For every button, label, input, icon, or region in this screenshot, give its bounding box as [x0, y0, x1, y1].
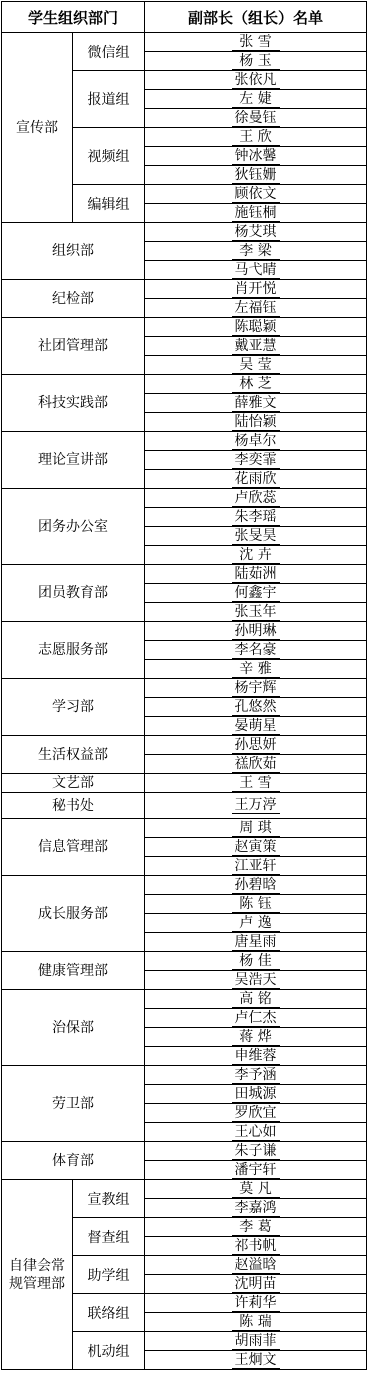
member-name: 朱子谦 [232, 1143, 280, 1160]
table-row: 成长服务部孙碧晗 [2, 876, 367, 895]
member-name: 朱李瑶 [232, 509, 280, 526]
member-name-cell: 徐曼钰 [145, 109, 367, 128]
member-name: 吴浩天 [232, 972, 280, 989]
member-name-cell: 张玉年 [145, 603, 367, 622]
member-name: 李予涵 [232, 1067, 280, 1084]
member-name: 陆怡颖 [232, 414, 280, 431]
member-name: 潘宇轩 [232, 1162, 280, 1179]
member-name: 花雨欣 [232, 471, 280, 488]
header-names: 副部长（组长）名单 [145, 2, 367, 33]
member-name-cell: 肖开悦 [145, 280, 367, 299]
member-name-cell: 辛 雅 [145, 660, 367, 679]
member-name: 蒋 烨 [232, 1029, 280, 1046]
member-name-cell: 杨 玉 [145, 52, 367, 71]
member-name: 沈 卉 [232, 547, 280, 564]
table-row: 学习部杨宇辉 [2, 679, 367, 698]
member-name-cell: 卢 逸 [145, 914, 367, 933]
department-name: 社团管理部 [2, 318, 145, 375]
member-name-cell: 江亚轩 [145, 857, 367, 876]
roster-body: 宣传部微信组张 雪杨 玉报道组张依凡左 婕徐曼钰视频组王 欣钟冰馨狄钰姗编辑组顾… [2, 33, 367, 1370]
department-name: 纪检部 [2, 280, 145, 318]
department-name: 组织部 [2, 223, 145, 280]
member-name: 张依凡 [232, 72, 280, 89]
department-name: 信息管理部 [2, 819, 145, 876]
table-row: 组织部杨艾琪 [2, 223, 367, 242]
member-name: 孙碧晗 [232, 877, 280, 894]
member-name: 左 婕 [232, 91, 280, 108]
member-name: 王 雪 [232, 775, 280, 792]
table-row: 自律会常规管理部宣教组莫 凡 [2, 1180, 367, 1199]
member-name: 薛雅文 [232, 395, 280, 412]
member-name: 杨艾琪 [232, 224, 280, 241]
member-name: 杨 佳 [232, 953, 280, 970]
member-name-cell: 张依凡 [145, 71, 367, 90]
member-name-cell: 李予涵 [145, 1066, 367, 1085]
member-name: 林 芝 [232, 376, 280, 393]
member-name-cell: 卢仁杰 [145, 1009, 367, 1028]
member-name: 禚欣茹 [232, 756, 280, 773]
member-name: 赵寅策 [232, 839, 280, 856]
member-name-cell: 陆茹洲 [145, 565, 367, 584]
member-name: 王 欣 [232, 129, 280, 146]
member-name-cell: 赵寅策 [145, 838, 367, 857]
member-name-cell: 孙明琳 [145, 622, 367, 641]
member-name: 王心如 [232, 1124, 280, 1141]
member-name-cell: 陈聪颖 [145, 318, 367, 337]
group-name: 微信组 [73, 33, 145, 71]
table-row: 健康管理部杨 佳 [2, 952, 367, 971]
member-name-cell: 狄钰姗 [145, 166, 367, 185]
member-name-cell: 祁书帆 [145, 1237, 367, 1256]
member-name: 高 铭 [232, 991, 280, 1008]
member-name: 孙思妍 [232, 737, 280, 754]
table-row: 团务办公室卢欣蕊 [2, 489, 367, 508]
member-name: 申维蓉 [232, 1048, 280, 1065]
member-name: 张 雪 [232, 34, 280, 51]
member-name-cell: 花雨欣 [145, 470, 367, 489]
member-name: 田城源 [232, 1086, 280, 1103]
department-name: 劳卫部 [2, 1066, 145, 1142]
member-name-cell: 左福钰 [145, 299, 367, 318]
member-name-cell: 林 芝 [145, 375, 367, 394]
member-name-cell: 胡雨菲 [145, 1332, 367, 1351]
table-row: 科技实践部林 芝 [2, 375, 367, 394]
table-row: 文艺部王 雪 [2, 774, 367, 793]
member-name-cell: 沈明苗 [145, 1275, 367, 1294]
department-name: 团员教育部 [2, 565, 145, 622]
member-name: 晏萌星 [232, 718, 280, 735]
member-name-cell: 李嘉鸿 [145, 1199, 367, 1218]
member-name-cell: 周 琪 [145, 819, 367, 838]
table-row: 治保部高 铭 [2, 990, 367, 1009]
member-name: 沈明苗 [232, 1276, 280, 1293]
member-name-cell: 钟冰馨 [145, 147, 367, 166]
member-name-cell: 杨艾琪 [145, 223, 367, 242]
group-name: 联络组 [73, 1294, 145, 1332]
department-name: 自律会常规管理部 [2, 1180, 73, 1370]
member-name-cell: 禚欣茹 [145, 755, 367, 774]
member-name: 狄钰姗 [232, 167, 280, 184]
member-name-cell: 潘宇轩 [145, 1161, 367, 1180]
member-name-cell: 张旻昊 [145, 527, 367, 546]
department-name: 秘书处 [2, 793, 145, 819]
member-name: 李奕霏 [232, 452, 280, 469]
member-name: 陈聪颖 [232, 319, 280, 336]
member-name: 马弋晴 [232, 262, 280, 279]
department-name: 团务办公室 [2, 489, 145, 565]
member-name-cell: 王 雪 [145, 774, 367, 793]
member-name: 顾依文 [232, 186, 280, 203]
table-row: 团员教育部陆茹洲 [2, 565, 367, 584]
group-name: 督查组 [73, 1218, 145, 1256]
member-name-cell: 李奕霏 [145, 451, 367, 470]
member-name-cell: 吴 莹 [145, 356, 367, 375]
department-name: 学习部 [2, 679, 145, 736]
table-row: 理论宣讲部杨卓尔 [2, 432, 367, 451]
member-name: 莫 凡 [232, 1181, 280, 1198]
member-name: 杨 玉 [232, 53, 280, 70]
member-name-cell: 许莉华 [145, 1294, 367, 1313]
department-name: 科技实践部 [2, 375, 145, 432]
member-name-cell: 李 葛 [145, 1218, 367, 1237]
table-row: 社团管理部陈聪颖 [2, 318, 367, 337]
group-name: 报道组 [73, 71, 145, 128]
member-name: 吴 莹 [232, 357, 280, 374]
member-name: 辛 雅 [232, 661, 280, 678]
member-name-cell: 唐星雨 [145, 933, 367, 952]
member-name-cell: 田城源 [145, 1085, 367, 1104]
department-name: 体育部 [2, 1142, 145, 1180]
department-name: 宣传部 [2, 33, 73, 223]
member-name: 卢仁杰 [232, 1010, 280, 1027]
member-name-cell: 左 婕 [145, 90, 367, 109]
table-row: 劳卫部李予涵 [2, 1066, 367, 1085]
table-row: 志愿服务部孙明琳 [2, 622, 367, 641]
table-row: 体育部朱子谦 [2, 1142, 367, 1161]
department-name: 治保部 [2, 990, 145, 1066]
member-name-cell: 戴亚慧 [145, 337, 367, 356]
member-name-cell: 李名豪 [145, 641, 367, 660]
member-name-cell: 莫 凡 [145, 1180, 367, 1199]
member-name-cell: 杨卓尔 [145, 432, 367, 451]
member-name: 何鑫宇 [232, 585, 280, 602]
member-name: 杨卓尔 [232, 433, 280, 450]
member-name-cell: 杨 佳 [145, 952, 367, 971]
table-row: 宣传部微信组张 雪 [2, 33, 367, 52]
member-name-cell: 孔悠然 [145, 698, 367, 717]
department-name: 成长服务部 [2, 876, 145, 952]
member-name: 钟冰馨 [232, 148, 280, 165]
member-name: 王万渟 [232, 797, 280, 814]
department-name: 志愿服务部 [2, 622, 145, 679]
group-name: 编辑组 [73, 185, 145, 223]
department-name: 健康管理部 [2, 952, 145, 990]
department-name: 生活权益部 [2, 736, 145, 774]
member-name: 卢欣蕊 [232, 490, 280, 507]
member-name-cell: 何鑫宇 [145, 584, 367, 603]
member-name-cell: 朱李瑶 [145, 508, 367, 527]
member-name-cell: 沈 卉 [145, 546, 367, 565]
member-name: 江亚轩 [232, 858, 280, 875]
member-name: 李 梁 [232, 243, 280, 260]
member-name: 孙明琳 [232, 623, 280, 640]
header-row: 学生组织部门 副部长（组长）名单 [2, 2, 367, 33]
member-name: 戴亚慧 [232, 338, 280, 355]
group-name: 视频组 [73, 128, 145, 185]
group-name: 机动组 [73, 1332, 145, 1370]
member-name-cell: 蒋 烨 [145, 1028, 367, 1047]
member-name-cell: 马弋晴 [145, 261, 367, 280]
member-name-cell: 吴浩天 [145, 971, 367, 990]
member-name: 陈 钰 [232, 896, 280, 913]
member-name: 李名豪 [232, 642, 280, 659]
department-name: 文艺部 [2, 774, 145, 793]
member-name: 徐曼钰 [232, 110, 280, 127]
member-name-cell: 李 梁 [145, 242, 367, 261]
member-name: 陆茹洲 [232, 566, 280, 583]
member-name: 王炯文 [232, 1352, 280, 1369]
member-name-cell: 施钰桐 [145, 204, 367, 223]
table-row: 秘书处王万渟 [2, 793, 367, 819]
member-name-cell: 陆怡颖 [145, 413, 367, 432]
member-name: 左福钰 [232, 300, 280, 317]
member-name-cell: 卢欣蕊 [145, 489, 367, 508]
member-name: 张玉年 [232, 604, 280, 621]
member-name-cell: 孙思妍 [145, 736, 367, 755]
member-name-cell: 陈 钰 [145, 895, 367, 914]
group-name: 宣教组 [73, 1180, 145, 1218]
table-row: 生活权益部孙思妍 [2, 736, 367, 755]
header-department: 学生组织部门 [2, 2, 145, 33]
member-name: 李嘉鸿 [232, 1200, 280, 1217]
member-name-cell: 顾依文 [145, 185, 367, 204]
member-name: 杨宇辉 [232, 680, 280, 697]
member-name: 许莉华 [232, 1295, 280, 1312]
member-name-cell: 王万渟 [145, 793, 367, 819]
table-row: 信息管理部周 琪 [2, 819, 367, 838]
member-name-cell: 杨宇辉 [145, 679, 367, 698]
member-name-cell: 赵溢晗 [145, 1256, 367, 1275]
member-name-cell: 张 雪 [145, 33, 367, 52]
member-name: 祁书帆 [232, 1238, 280, 1255]
member-name: 孔悠然 [232, 699, 280, 716]
member-name-cell: 陈 瑞 [145, 1313, 367, 1332]
member-name: 胡雨菲 [232, 1333, 280, 1350]
member-name-cell: 罗欣宜 [145, 1104, 367, 1123]
group-name: 助学组 [73, 1256, 145, 1294]
member-name: 李 葛 [232, 1219, 280, 1236]
member-name-cell: 朱子谦 [145, 1142, 367, 1161]
member-name-cell: 薛雅文 [145, 394, 367, 413]
member-name: 施钰桐 [232, 205, 280, 222]
member-name-cell: 孙碧晗 [145, 876, 367, 895]
member-name-cell: 王 欣 [145, 128, 367, 147]
department-name: 理论宣讲部 [2, 432, 145, 489]
member-name-cell: 晏萌星 [145, 717, 367, 736]
member-name-cell: 王心如 [145, 1123, 367, 1142]
roster-table: 学生组织部门 副部长（组长）名单 宣传部微信组张 雪杨 玉报道组张依凡左 婕徐曼… [1, 1, 367, 1370]
member-name: 肖开悦 [232, 281, 280, 298]
member-name: 赵溢晗 [232, 1257, 280, 1274]
member-name: 张旻昊 [232, 528, 280, 545]
member-name-cell: 王炯文 [145, 1351, 367, 1370]
member-name: 周 琪 [232, 820, 280, 837]
member-name-cell: 高 铭 [145, 990, 367, 1009]
member-name: 唐星雨 [232, 934, 280, 951]
member-name: 罗欣宜 [232, 1105, 280, 1122]
member-name: 陈 瑞 [232, 1314, 280, 1331]
member-name: 卢 逸 [232, 915, 280, 932]
member-name-cell: 申维蓉 [145, 1047, 367, 1066]
table-row: 纪检部肖开悦 [2, 280, 367, 299]
